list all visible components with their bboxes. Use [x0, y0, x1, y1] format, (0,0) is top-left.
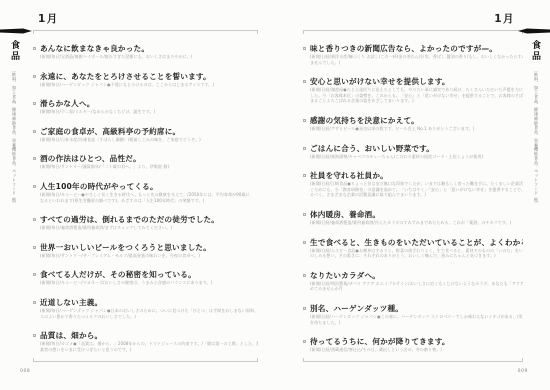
copy-headline: 味と香りつきの新聞広告なら、よかったのですが—。 — [310, 44, 523, 54]
chapter-arrow-right-icon — [0, 28, 32, 34]
copy-item: 感謝の気持ちを決意にかえて。(新聞/日経/アサヒビール●発売以来の数です。ビール… — [303, 116, 523, 132]
copy-item-text: あんなに飲まなきゃ良かった。(新聞/毎日/宝酒造/焼酎ハイボール/飲みすぎた翌朝… — [40, 44, 258, 60]
copy-credit-line: ませんでした。) — [310, 60, 523, 66]
item-number-marker — [303, 241, 306, 244]
copy-item-text: 体内暖房、養命酒。(新聞/日経/養命酒製造/薬用養命酒/冷えたカラダのすみずみま… — [310, 210, 523, 226]
item-number-marker — [303, 47, 306, 50]
copy-item: 社員を守れる社員か。(新聞/日経/江崎食品●ちょっと昔はまだ無口な印象でしたが、… — [303, 171, 523, 198]
chapter-arrow-left-icon — [518, 28, 550, 34]
copy-item: 酒の作法はひとつ、品性だ。(新聞/毎日/サントリー/謹賀新年/「二十歳の君へ。」… — [33, 154, 258, 170]
copy-item: 体内暖房、養命酒。(新聞/日経/養命酒製造/薬用養命酒/冷えたカラダのすみずみま… — [303, 210, 523, 226]
copy-headline: あんなに飲まなきゃ良かった。 — [40, 44, 258, 54]
right-folio: 009 — [518, 369, 528, 374]
item-number-marker — [303, 274, 306, 277]
copy-item: ごはんに合う、おいしい野菜です。(新聞/日経/東海漬物/キャベツのキューちゃん/… — [303, 144, 523, 160]
copy-item: 世界一おいしいビールをつくろうと思いました。(新聞/毎日/サントリー/ザ・プレミ… — [33, 243, 258, 259]
item-number-marker — [303, 119, 306, 122]
copy-item-text: 永遠に、あなたをとろけさせることを誓います。(新聞/毎日/ハーゲンダッツ ジャパ… — [40, 72, 258, 88]
copy-item-text: ご家庭の食卓が、高級料亭の予約席に。(新聞/毎日/日本水産/冷凍食品〈すばらし御… — [40, 127, 258, 143]
copy-credit-line: (新聞/日経/東海漬物/キャベツのキューちゃん/こだわり素材の国産ゴーヤ・土佐し… — [310, 154, 523, 160]
copy-item: 滑らかな人へ。(新聞/毎日/不二家/ミルキー/なめらかなくちどけ、誕生です。) — [33, 99, 258, 115]
copy-credit-line: (新聞/毎日/ハーゲンダッツ ジャパン●日本のおいしさのために。ついに見つけた「… — [40, 308, 258, 314]
copy-headline: 生で食べると、生きものをいただいていることが、よくわかる。 — [310, 238, 523, 248]
copy-item: 別名、ハーゲンダッツ種。(新聞/日経/ハーゲンダッツ ジャパン●この春に。ハーゲ… — [303, 304, 523, 325]
right-top-rule — [303, 30, 523, 34]
copy-item-text: 人生100年の時代がやってくる。(新聞/毎日/キユーピー●やさしく長く生きる時代… — [40, 182, 258, 203]
copy-item-text: 滑らかな人へ。(新聞/毎日/不二家/ミルキー/なめらかなくちどけ、誕生です。) — [40, 99, 258, 115]
copy-credit-line: (新聞/毎日/キユーピー/マヨネーズ/おいしさの秘密は、うまみと食感のバランスに… — [40, 280, 258, 286]
left-top-rule — [33, 30, 258, 34]
copy-credit-line: なるといわれます(厚生労働省の調べです)。めざすのは「人生100年時代」の笑顔で… — [40, 198, 258, 204]
copy-credit-line: (新聞/毎日/キユーピー●やさしく長く生きる時代へ。もっと先の健康を支えて。/2… — [40, 192, 258, 198]
copy-headline: なりたいカラダへ。 — [310, 271, 523, 281]
copy-credit-line: (新聞/日経/湖池屋●たとえ遠回りに見えたとしても、やりたい事に誠実であり続け、… — [310, 87, 523, 93]
copy-credit-line: (新聞/日経/酒蔵通信/寒仕込/その日、蔵出しという名の、冬の贈り物。) — [310, 347, 523, 353]
copy-item-text: 近道しない主義。(新聞/毎日/ハーゲンダッツ ジャパン●日本のおいしさのために。… — [40, 298, 258, 319]
item-number-marker — [303, 307, 306, 310]
left-folio: 008 — [20, 369, 30, 374]
copy-headline: 安心と思いがけない幸せを提供します。 — [310, 77, 523, 87]
right-chapter-subcategories: 〔飲料、加工食品、健康補助食品、栄養機能食品、ペットフード 他〕 — [533, 68, 539, 213]
copy-credit-line: (新聞/日経/アサヒビール●発売以来の数です。ビール売上 No.1 ありがとうご… — [310, 126, 523, 132]
copy-headline: 感謝の気持ちを決意にかえて。 — [310, 116, 523, 126]
item-number-marker — [303, 174, 306, 177]
copy-credit-line: (新聞/日経/江崎食品●ちょっと昔はまだ無口な印象でしたが、いまでは頼もしく育っ… — [310, 181, 523, 187]
copy-credit-line: を待ちました。) — [310, 320, 523, 326]
copy-credit-line: (新聞/毎日/ハーゲンダッツ ジャパン●不覚にもとろけるのは、ここからはじまるア… — [40, 82, 258, 88]
copy-headline: 待ってるうちに、何かが降りてきます。 — [310, 337, 523, 347]
left-chapter-subcategories: 〔飲料、加工食品、健康補助食品、栄養機能食品、ペットフード 他〕 — [11, 68, 17, 213]
copy-item-text: 社員を守れる社員か。(新聞/日経/江崎食品●ちょっと昔はまだ無口な印象でしたが、… — [310, 171, 523, 198]
copy-headline: 滑らかな人へ。 — [40, 99, 258, 109]
item-number-marker — [33, 246, 36, 249]
copy-credit-line: (新聞/毎日/不二家/ミルキー/なめらかなくちどけ、誕生です。) — [40, 109, 258, 115]
item-number-marker — [303, 213, 306, 216]
right-chapter-tab: 食品 〔飲料、加工食品、健康補助食品、栄養機能食品、ペットフード 他〕 — [510, 26, 550, 226]
copy-credit-line: (新聞/毎日/サントリー/ザ・プレミアム・モルツ/最高金賞の味わいを、今夜の食卓… — [40, 253, 258, 259]
item-number-marker — [303, 80, 306, 83]
right-month-label: 1月 — [494, 11, 515, 26]
copy-item: 人生100年の時代がやってくる。(新聞/毎日/キユーピー●やさしく長く生きる時代… — [33, 182, 258, 203]
right-copy-list: 味と香りつきの新聞広告なら、よかったのですが—。(新聞/日経/東洋水産/麺づくり… — [303, 44, 523, 365]
copy-item: なりたいカラダへ。(新聞/日経/明治製菓/ザバス アクア ホエイプロテイン/おい… — [303, 271, 523, 292]
copy-item: ご家庭の食卓が、高級料亭の予約席に。(新聞/毎日/日本水産/冷凍食品〈すばらし御… — [33, 127, 258, 143]
right-bottom-rule — [303, 358, 523, 362]
copy-item: 品質は、畑から。(新聞/毎日/カゴメ●「品質は、畑から。」2008年からの、トマ… — [33, 331, 258, 352]
copy-item-text: 酒の作法はひとつ、品性だ。(新聞/毎日/サントリー/謹賀新年/「二十歳の君へ。」… — [40, 154, 258, 170]
copy-credit-line: (新聞/日経/東洋水産/麺づくり お試し/この一杯(金の茶わん)汁実、香ばし 醤… — [310, 54, 523, 60]
copy-item: 生で食べると、生きものをいただいていることが、よくわかる。(新聞/日経/エスビー… — [303, 238, 523, 259]
copy-headline: 近道しない主義。 — [40, 298, 258, 308]
copy-item-text: 感謝の気持ちを決意にかえて。(新聞/日経/アサヒビール●発売以来の数です。ビール… — [310, 116, 523, 132]
copy-headline: 別名、ハーゲンダッツ種。 — [310, 304, 523, 314]
copy-credit-line: (新聞/毎日/サントリー/謹賀新年/「二十歳の君へ。」より。伊集院 静) — [40, 164, 258, 170]
copy-headline: ごはんに合う、おいしい野菜です。 — [310, 144, 523, 154]
copy-item-text: すべての過労は、倒れるまでのただの徒労でした。(新聞/毎日/養命酒製造/薬用養命… — [40, 215, 258, 231]
item-number-marker — [33, 334, 36, 337]
copy-credit-line: 業者の想いをいまに受けつぎたいと思うのです。) — [40, 347, 258, 353]
copy-credit-line: (新聞/日経/養命酒製造/薬用養命酒/冷えたカラダのすみずみまであたためる、これ… — [310, 220, 523, 226]
copy-headline: 体内暖房、養命酒。 — [310, 210, 523, 220]
copy-credit-line: るべく、さまざまな企業の活動意識に取り組んでまいります。) — [310, 192, 523, 198]
copy-credit-line: のしみる想い。その重さに、それぞれのありがとう。おいしく噛んで、恵みにちゃんと気… — [310, 253, 523, 259]
copy-headline: 食べてる人だけが、その秘密を知っている。 — [40, 270, 258, 280]
left-copy-list: あんなに飲まなきゃ良かった。(新聞/毎日/宝酒造/焼酎ハイボール/飲みすぎた翌朝… — [33, 44, 258, 364]
copy-item: 近道しない主義。(新聞/毎日/ハーゲンダッツ ジャパン●日本のおいしさのために。… — [33, 298, 258, 319]
copy-headline: 社員を守れる社員か。 — [310, 171, 523, 181]
copy-credit-line: (新聞/毎日/養命酒製造/薬用養命酒/まずはチェックしてみてください。) — [40, 225, 258, 231]
book-spread: 1月 あんなに飲まなきゃ良かった。(新聞/毎日/宝酒造/焼酎ハイボール/飲みすぎ… — [0, 0, 550, 390]
copy-item-text: 生で食べると、生きものをいただいていることが、よくわかる。(新聞/日経/エスビー… — [310, 238, 523, 259]
left-bottom-rule — [33, 358, 258, 362]
left-month-label: 1月 — [38, 11, 59, 26]
copy-item: 待ってるうちに、何かが降りてきます。(新聞/日経/酒蔵通信/寒仕込/その日、蔵出… — [303, 337, 523, 353]
copy-headline: 人生100年の時代がやってくる。 — [40, 182, 258, 192]
item-number-marker — [33, 273, 36, 276]
copy-item-text: 味と香りつきの新聞広告なら、よかったのですが—。(新聞/日経/東洋水産/麺づくり… — [310, 44, 523, 65]
copy-headline: 品質は、畑から。 — [40, 331, 258, 341]
copy-item-text: 世界一おいしいビールをつくろうと思いました。(新聞/毎日/サントリー/ザ・プレミ… — [40, 243, 258, 259]
right-page: 1月 味と香りつきの新聞広告なら、よかったのですが—。(新聞/日経/東洋水産/麺… — [275, 0, 550, 390]
copy-credit-line: まるごとよろこばれる企業の姿をめざしてまいります。) — [310, 98, 523, 104]
copy-item: すべての過労は、倒れるまでのただの徒労でした。(新聞/毎日/養命酒製造/薬用養命… — [33, 215, 258, 231]
copy-headline: ご家庭の食卓が、高級料亭の予約席に。 — [40, 127, 258, 137]
copy-credit-line: めてみませんか?) — [310, 286, 523, 292]
copy-item-text: 品質は、畑から。(新聞/毎日/カゴメ●「品質は、畑から。」2008年からの、トマ… — [40, 331, 258, 352]
copy-headline: 永遠に、あなたをとろけさせることを誓います。 — [40, 72, 258, 82]
copy-item: 安心と思いがけない幸せを提供します。(新聞/日経/湖池屋●たとえ遠回りに見えたと… — [303, 77, 523, 104]
copy-item-text: 別名、ハーゲンダッツ種。(新聞/日経/ハーゲンダッツ ジャパン●この春に。ハーゲ… — [310, 304, 523, 325]
copy-item-text: 食べてる人だけが、その秘密を知っている。(新聞/毎日/キユーピー/マヨネーズ/お… — [40, 270, 258, 286]
copy-credit-line: (新聞/毎日/カゴメ●「品質は、畑から。」2008年からの、トマトジュースの約束… — [40, 341, 258, 347]
left-chapter-title: 食品 — [8, 40, 21, 62]
left-page: 1月 あんなに飲まなきゃ良かった。(新聞/毎日/宝酒造/焼酎ハイボール/飲みすぎ… — [0, 0, 275, 390]
right-chapter-title: 食品 — [529, 40, 542, 62]
copy-item: 永遠に、あなたをとろけさせることを誓います。(新聞/毎日/ハーゲンダッツ ジャパ… — [33, 72, 258, 88]
item-number-marker — [303, 340, 306, 343]
copy-headline: 世界一おいしいビールをつくろうと思いました。 — [40, 243, 258, 253]
copy-headline: すべての過労は、倒れるまでのただの徒労でした。 — [40, 215, 258, 225]
copy-item-text: 待ってるうちに、何かが降りてきます。(新聞/日経/酒蔵通信/寒仕込/その日、蔵出… — [310, 337, 523, 353]
copy-item: 食べてる人だけが、その秘密を知っている。(新聞/毎日/キユーピー/マヨネーズ/お… — [33, 270, 258, 286]
copy-item-text: ごはんに合う、おいしい野菜です。(新聞/日経/東海漬物/キャベツのキューちゃん/… — [310, 144, 523, 160]
copy-item-text: 安心と思いがけない幸せを提供します。(新聞/日経/湖池屋●たとえ遠回りに見えたと… — [310, 77, 523, 104]
copy-item-text: なりたいカラダへ。(新聞/日経/明治製菓/ザバス アクア ホエイプロテイン/おい… — [310, 271, 523, 292]
copy-credit-line: (新聞/毎日/宝酒造/焼酎ハイボール/飲みすぎた翌朝にも、おいしさはまろやかに。… — [40, 54, 258, 60]
copy-credit-line: (新聞/毎日/日本水産/冷凍食品〈すばらし御膳〉/板前しこみの味を、ご家庭でどう… — [40, 137, 258, 143]
item-number-marker — [33, 301, 36, 304]
left-chapter-tab: 食品 〔飲料、加工食品、健康補助食品、栄養機能食品、ペットフード 他〕 — [0, 26, 40, 226]
copy-credit-line: (新聞/日経/ハーゲンダッツ ジャパン●この春に。ハーゲンダッツ ストロベリーで… — [310, 314, 523, 320]
copy-headline: 酒の作法はひとつ、品性だ。 — [40, 154, 258, 164]
item-number-marker — [303, 147, 306, 150]
copy-credit-line: スのよい豊かで香りたつミルクのおいしさでした。) — [40, 314, 258, 320]
copy-item: あんなに飲まなきゃ良かった。(新聞/毎日/宝酒造/焼酎ハイボール/飲みすぎた翌朝… — [33, 44, 258, 60]
copy-item: 味と香りつきの新聞広告なら、よかったのですが—。(新聞/日経/東洋水産/麺づくり… — [303, 44, 523, 65]
